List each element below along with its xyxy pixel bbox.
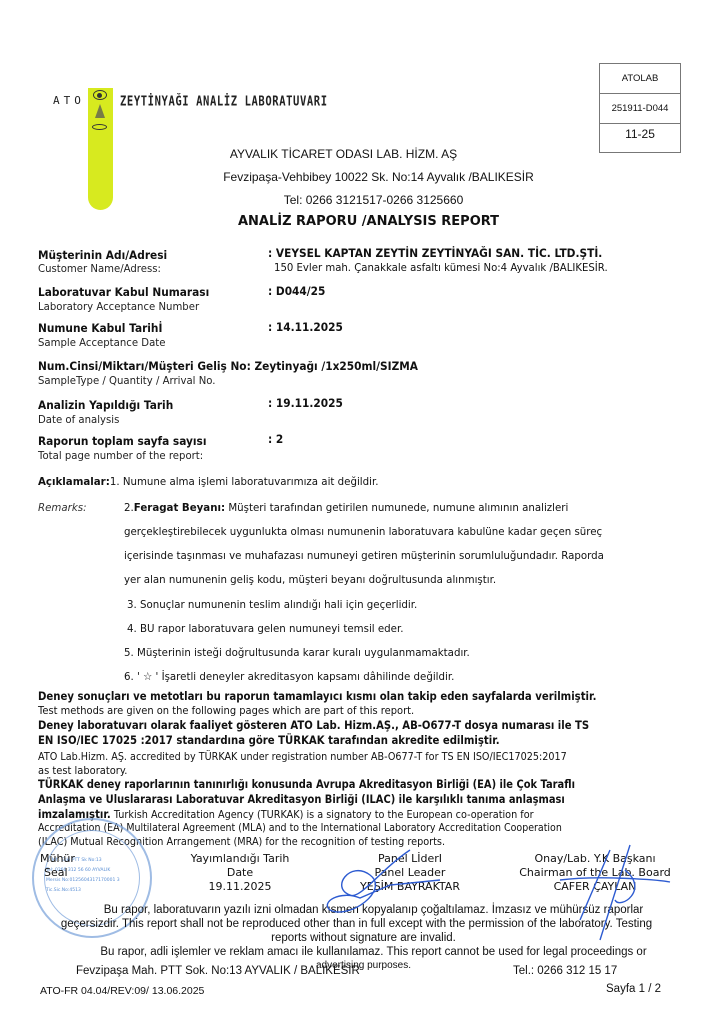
chairman-label-en: Chairman of the Lab. Board — [500, 866, 690, 879]
acceptance-date-sublabel: Sample Acceptance Date — [38, 336, 165, 349]
seal-label-tr: Mühür — [40, 852, 75, 865]
published-label-tr: Yayımlandığı Tarih — [170, 852, 310, 865]
acceptance-no-value: : D044/25 — [268, 284, 325, 298]
footer-address: Fevzipaşa Mah. PTT Sok. No:13 AYVALIK / … — [76, 965, 360, 977]
copy-notice-1: Bu rapor, laboratuvarın yazılı izni olma… — [0, 904, 727, 916]
customer-name-value: : VEYSEL KAPTAN ZEYTİN ZEYTİNYAĞI SAN. T… — [268, 246, 602, 260]
recognition-tr-1: TÜRKAK deney raporlarının tanınırlığı ko… — [38, 777, 575, 791]
panel-leader-name: YEŞİM BAYRAKTAR — [350, 880, 470, 893]
analysis-date-sublabel: Date of analysis — [38, 413, 119, 426]
acceptance-no-label: Laboratuvar Kabul Numarası — [38, 285, 209, 299]
accreditation-en-2: as test laboratory. — [38, 764, 127, 777]
remarks-item-3: 3. Sonuçlar numunenin teslim alındığı ha… — [127, 598, 417, 611]
seal-label-en: Seal — [44, 866, 68, 879]
disclaimer-heading: Feragat Beyanı: — [134, 501, 225, 514]
remarks-item-2: 2.Feragat Beyanı: Müşteri tarafından get… — [124, 501, 568, 514]
copy-notice-2: geçersizdir. This report shall not be re… — [0, 918, 727, 930]
remarks-item-4: 4. BU rapor laboratuvara gelen numuneyi … — [127, 622, 403, 635]
company-name: AYVALIK TİCARET ODASI LAB. HİZM. AŞ — [0, 147, 727, 161]
page-count-value: : 2 — [268, 432, 283, 446]
page-count-label: Raporun toplam sayfa sayısı — [38, 434, 206, 448]
acceptance-no-sublabel: Laboratory Acceptance Number — [38, 300, 199, 313]
acceptance-date-label: Numune Kabul Tarihİ — [38, 321, 162, 335]
remarks-label-tr: Açıklamalar: — [38, 475, 110, 488]
page-count-sublabel: Total page number of the report: — [38, 449, 203, 462]
recognition-line-3: imzalamıştır. Turkish Accreditation Agen… — [38, 807, 534, 821]
panel-leader-label-en: Panel Leader — [350, 866, 470, 879]
results-statement-en: Test methods are given on the following … — [38, 704, 414, 717]
company-phone: Tel: 0266 3121517-0266 3125660 — [0, 193, 727, 207]
published-label-en: Date — [170, 866, 310, 879]
acceptance-date-value: : 14.11.2025 — [268, 320, 343, 334]
seal-text-4: Tic.Sic.No:4513 — [46, 888, 81, 893]
remarks-item-1: Açıklamalar:1. Numune alma işlemi labora… — [38, 475, 379, 488]
panel-leader-label-tr: Panel LİderI — [350, 852, 470, 865]
chairman-label-tr: Onay/Lab. Y.K Başkanı — [500, 852, 690, 865]
report-title: ANALİZ RAPORU /ANALYSIS REPORT — [0, 214, 727, 229]
company-address: Fevzipaşa-Vehbibey 10022 Sk. No:14 Ayval… — [0, 170, 727, 184]
logo-lab-name: ZEYTİNYAĞI ANALİZ LABORATUVARI — [120, 94, 328, 109]
customer-sublabel: Customer Name/Adress: — [38, 262, 161, 275]
accreditation-en-1: ATO Lab.Hizm. AŞ. accredited by TÜRKAK u… — [38, 750, 567, 763]
footer-phone: Tel.: 0266 312 15 17 — [513, 965, 617, 977]
remarks-item-6: 6. ' ☆ ' İşaretli deneyler akreditasyon … — [124, 670, 454, 683]
page-number: Sayfa 1 / 2 — [606, 983, 661, 995]
sample-label: Num.Cinsi/Miktarı/Müşteri Geliş No: Zeyt… — [38, 359, 418, 373]
chairman-name: CAFER ÇAYLAN — [500, 880, 690, 893]
results-statement-tr: Deney sonuçları ve metotları bu raporun … — [38, 689, 596, 703]
mouth-icon — [92, 124, 107, 130]
remarks-label-en: Remarks: — [38, 501, 87, 514]
logo-ato: ATO — [53, 94, 85, 107]
accreditation-tr-1: Deney laboratuvarı olarak faaliyet göste… — [38, 718, 589, 732]
eye-icon — [93, 90, 107, 100]
sample-sublabel: SampleType / Quantity / Arrival No. — [38, 374, 216, 387]
nose-icon — [95, 104, 105, 118]
recognition-tr-2: Anlaşma ve Uluslararası Laboratuvar Akre… — [38, 792, 565, 806]
form-code: ATO-FR 04.04/REV:09/ 13.06.2025 — [40, 985, 204, 997]
accreditation-tr-2: EN ISO/IEC 17025 :2017 standardına göre … — [38, 733, 500, 747]
ref-report-code: 251911-D044 — [600, 94, 680, 124]
analysis-date-value: : 19.11.2025 — [268, 396, 343, 410]
remarks-item-2-line3: içerisinde taşınması ve muhafazası numun… — [124, 549, 604, 562]
reference-box: ATOLAB 251911-D044 11-25 — [599, 63, 681, 153]
remarks-item-2-line4: yer alan numunenin geliş kodu, müşteri b… — [124, 573, 496, 586]
ref-lab-code: ATOLAB — [600, 64, 680, 94]
copy-notice-3: reports without signature are invalid. — [0, 932, 727, 944]
customer-label: Müşterinin Adı/Adresi — [38, 248, 167, 262]
remarks-item-5: 5. Müşterinin isteği doğrultusunda karar… — [124, 646, 470, 659]
analysis-date-label: Analizin Yapıldığı Tarih — [38, 398, 173, 412]
remarks-item-2-line2: gerçekleştirebilecek uygunlukta olması n… — [124, 525, 602, 538]
published-date: 19.11.2025 — [170, 880, 310, 893]
customer-address-value: 150 Evler mah. Çanakkale asfaltı kümesi … — [274, 261, 608, 274]
legal-notice-1: Bu rapor, adli işlemler ve reklam amacı … — [0, 946, 727, 958]
